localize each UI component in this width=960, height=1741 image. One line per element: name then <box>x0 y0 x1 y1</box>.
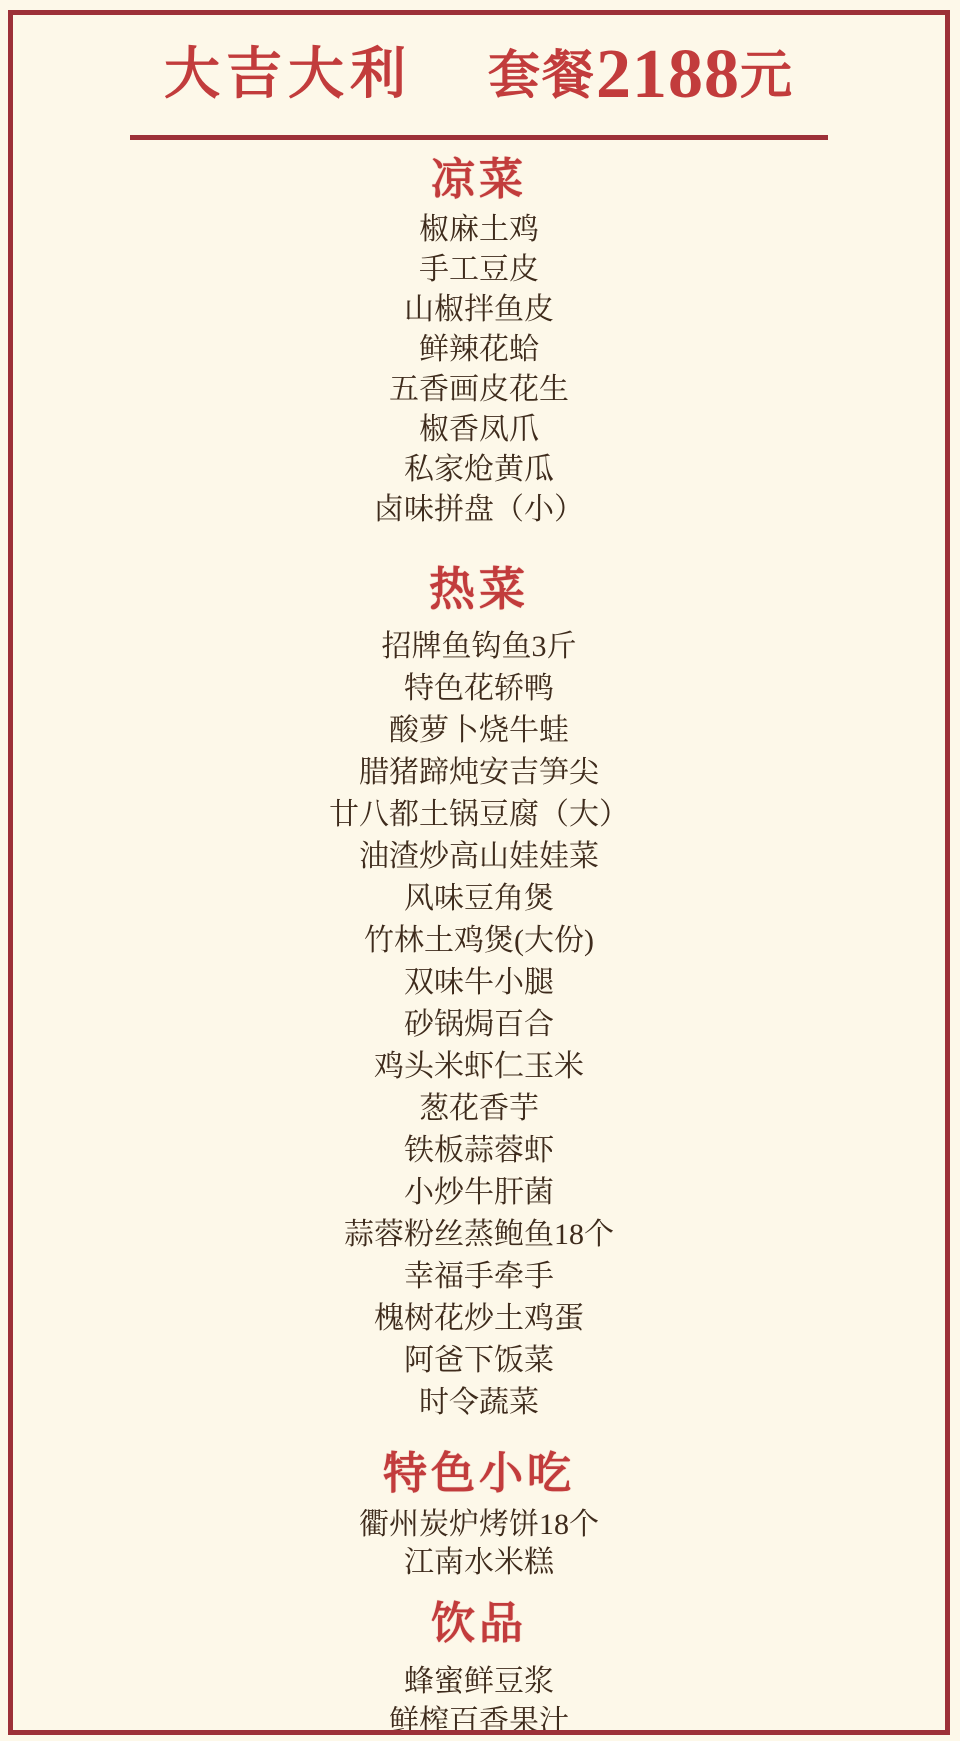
dish-item: 双味牛小腿 <box>13 962 945 1004</box>
package-price-number: 2188 <box>596 36 740 113</box>
dish-item: 蒜蓉粉丝蒸鲍鱼18个 <box>13 1214 945 1256</box>
package-suffix: 元 <box>740 48 794 105</box>
dish-item: 砂锅焗百合 <box>13 1004 945 1046</box>
dish-item: 时令蔬菜 <box>13 1382 945 1424</box>
section-heading-hot: 热菜 <box>13 562 945 618</box>
dish-list-hot: 招牌鱼钩鱼3斤特色花轿鸭酸萝卜烧牛蛙腊猪蹄炖安吉笋尖廿八都土锅豆腐（大）油渣炒高… <box>13 626 945 1424</box>
dish-item: 椒麻土鸡 <box>13 210 945 250</box>
menu-header: 大吉大利套餐2188元 <box>13 39 945 125</box>
dish-item: 鲜榨百香果汁 <box>13 1702 945 1735</box>
dish-item: 特色花轿鸭 <box>13 668 945 710</box>
section-heading-drinks: 饮品 <box>13 1598 945 1650</box>
dish-item: 山椒拌鱼皮 <box>13 290 945 330</box>
dish-item: 鸡头米虾仁玉米 <box>13 1046 945 1088</box>
dish-item: 小炒牛肝菌 <box>13 1172 945 1214</box>
dish-item: 铁板蒜蓉虾 <box>13 1130 945 1172</box>
title-underline <box>130 135 828 140</box>
dish-item: 私家炝黄瓜 <box>13 450 945 490</box>
dish-item: 风味豆角煲 <box>13 878 945 920</box>
dish-list-snacks: 衢州炭炉烤饼18个江南水米糕 <box>13 1506 945 1582</box>
section-cold-dishes: 凉菜 椒麻土鸡手工豆皮山椒拌鱼皮鲜辣花蛤五香画皮花生椒香凤爪私家炝黄瓜卤味拼盘（… <box>13 154 945 530</box>
dish-item: 廿八都土锅豆腐（大） <box>13 794 945 836</box>
dish-item: 鲜辣花蛤 <box>13 330 945 370</box>
section-hot-dishes: 热菜 招牌鱼钩鱼3斤特色花轿鸭酸萝卜烧牛蛙腊猪蹄炖安吉笋尖廿八都土锅豆腐（大）油… <box>13 562 945 1424</box>
dish-item: 手工豆皮 <box>13 250 945 290</box>
dish-item: 竹林土鸡煲(大份) <box>13 920 945 962</box>
dish-item: 葱花香芋 <box>13 1088 945 1130</box>
dish-item: 油渣炒高山娃娃菜 <box>13 836 945 878</box>
package-prefix: 套餐 <box>488 48 596 105</box>
dish-item: 江南水米糕 <box>13 1544 945 1582</box>
package-price: 套餐2188元 <box>488 48 794 105</box>
dish-item: 招牌鱼钩鱼3斤 <box>13 626 945 668</box>
dish-item: 幸福手牵手 <box>13 1256 945 1298</box>
menu-border-frame: 大吉大利套餐2188元 凉菜 椒麻土鸡手工豆皮山椒拌鱼皮鲜辣花蛤五香画皮花生椒香… <box>8 10 950 1735</box>
dish-item: 槐树花炒土鸡蛋 <box>13 1298 945 1340</box>
dish-item: 蜂蜜鲜豆浆 <box>13 1662 945 1702</box>
section-drinks: 饮品 蜂蜜鲜豆浆鲜榨百香果汁 <box>13 1598 945 1735</box>
dish-item: 五香画皮花生 <box>13 370 945 410</box>
section-heading-snacks: 特色小吃 <box>13 1448 945 1500</box>
dish-item: 椒香凤爪 <box>13 410 945 450</box>
dish-item: 卤味拼盘（小） <box>13 490 945 530</box>
dish-item: 腊猪蹄炖安吉笋尖 <box>13 752 945 794</box>
dish-item: 酸萝卜烧牛蛙 <box>13 710 945 752</box>
section-special-snacks: 特色小吃 衢州炭炉烤饼18个江南水米糕 <box>13 1448 945 1582</box>
dish-list-drinks: 蜂蜜鲜豆浆鲜榨百香果汁 <box>13 1662 945 1735</box>
menu-title: 大吉大利 <box>164 44 412 106</box>
dish-list-cold: 椒麻土鸡手工豆皮山椒拌鱼皮鲜辣花蛤五香画皮花生椒香凤爪私家炝黄瓜卤味拼盘（小） <box>13 210 945 530</box>
dish-item: 衢州炭炉烤饼18个 <box>13 1506 945 1544</box>
dish-item: 阿爸下饭菜 <box>13 1340 945 1382</box>
section-heading-cold: 凉菜 <box>13 154 945 206</box>
